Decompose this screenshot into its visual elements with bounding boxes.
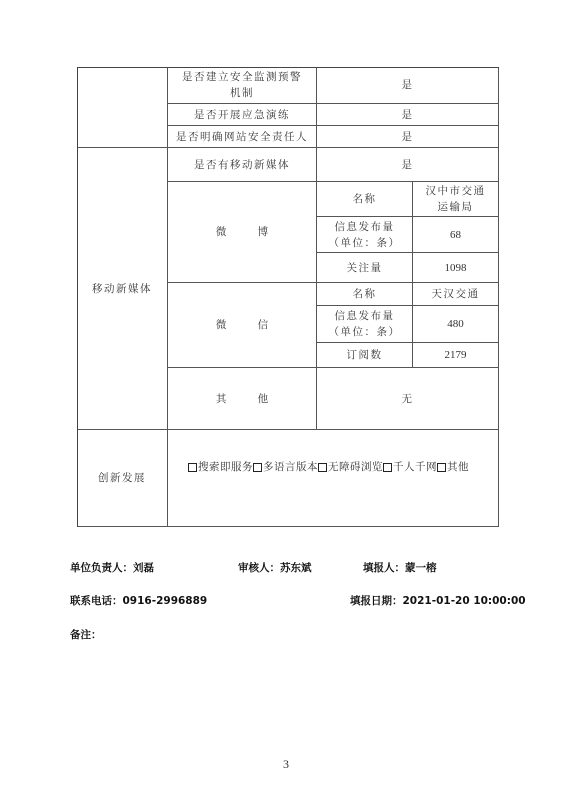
security-officer-value: 是 (317, 126, 499, 148)
emergency-drill-label: 是否开展应急演练 (168, 104, 317, 126)
document-page: 是否建立安全监测预警机制 是 是否开展应急演练 是 是否明确网站安全责任人 是 … (0, 0, 568, 810)
weibo-followers-value: 1098 (413, 253, 499, 283)
reviewer: 审核人：苏东斌 (238, 560, 312, 575)
weibo-posts-label: 信息发布量（单位：条） (317, 217, 413, 253)
option-search-as-service[interactable]: 搜索即服务 (188, 459, 253, 475)
fill-date: 填报日期：2021-01-20 10:00:00 (350, 593, 526, 608)
checkbox-icon[interactable] (253, 463, 262, 472)
security-section-label-cell (77, 67, 168, 148)
option-other[interactable]: 其他 (437, 459, 469, 475)
security-officer-label: 是否明确网站安全责任人 (168, 126, 317, 148)
option-personalized[interactable]: 千人千网 (383, 459, 437, 475)
filler: 填报人：蒙一榕 (363, 560, 437, 575)
has-new-media-label: 是否有移动新媒体 (168, 148, 317, 182)
innovation-options: 搜索即服务 多语言版本 无障碍浏览 千人千网 其他 (168, 430, 499, 527)
security-monitoring-value: 是 (317, 67, 499, 104)
other-media-label: 其 他 (168, 368, 317, 430)
contact-phone: 联系电话：0916-2996889 (70, 593, 207, 608)
new-media-section-label: 移动新媒体 (77, 148, 168, 430)
option-multilingual[interactable]: 多语言版本 (253, 459, 318, 475)
weixin-posts-value: 480 (413, 306, 499, 343)
security-monitoring-label: 是否建立安全监测预警机制 (168, 67, 317, 104)
page-number: 3 (283, 757, 289, 772)
weibo-posts-value: 68 (413, 217, 499, 253)
weibo-name-value: 汉中市交通运输局 (413, 182, 499, 217)
innovation-section-label: 创新发展 (77, 430, 168, 527)
option-accessibility[interactable]: 无障碍浏览 (318, 459, 383, 475)
weixin-subscribers-label: 订阅数 (317, 343, 413, 368)
checkbox-icon[interactable] (437, 463, 446, 472)
weixin-name-value: 天汉交通 (413, 283, 499, 306)
unit-head: 单位负责人：刘磊 (70, 560, 154, 575)
report-table: 是否建立安全监测预警机制 是 是否开展应急演练 是 是否明确网站安全责任人 是 … (77, 67, 499, 527)
has-new-media-value: 是 (317, 148, 499, 182)
weixin-name-label: 名称 (317, 283, 413, 306)
emergency-drill-value: 是 (317, 104, 499, 126)
checkbox-icon[interactable] (318, 463, 327, 472)
weixin-posts-label: 信息发布量（单位：条） (317, 306, 413, 343)
remarks: 备注： (70, 627, 102, 642)
checkbox-icon[interactable] (383, 463, 392, 472)
weibo-followers-label: 关注量 (317, 253, 413, 283)
weixin-subscribers-value: 2179 (413, 343, 499, 368)
weibo-label: 微 博 (168, 182, 317, 283)
checkbox-icon[interactable] (188, 463, 197, 472)
weixin-label: 微 信 (168, 283, 317, 368)
other-media-value: 无 (317, 368, 499, 430)
weibo-name-label: 名称 (317, 182, 413, 217)
